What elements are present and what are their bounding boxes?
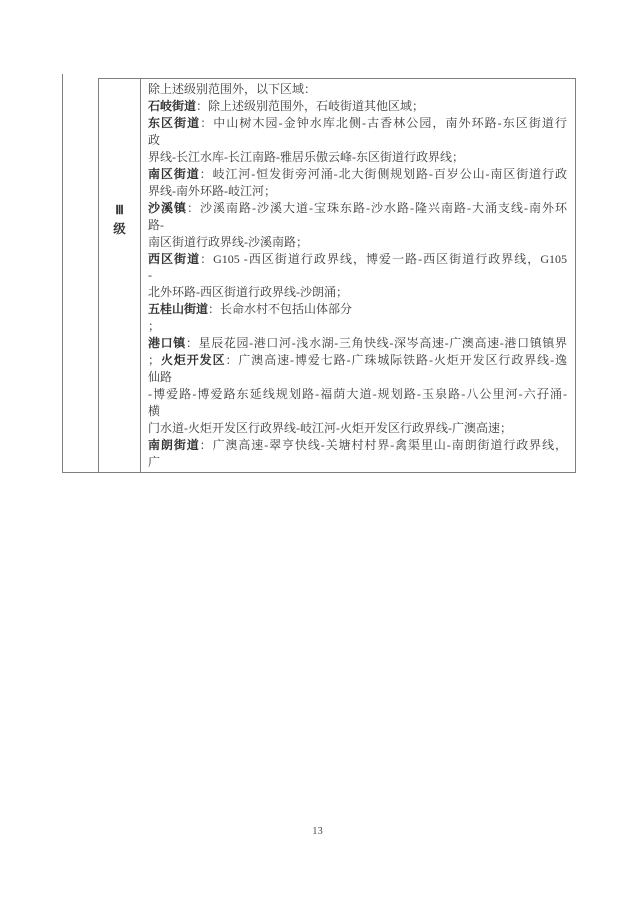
text-line: 石岐街道：除上述级别范围外，石岐街道其他区域； — [148, 98, 567, 115]
district-boundary-text: ； — [148, 353, 160, 367]
text-line: 路- — [148, 217, 567, 234]
text-line: ； — [148, 318, 567, 335]
district-label: 火炬开发区 — [160, 353, 225, 367]
text-line: 北外环路-西区街道行政界线-沙朗涌； — [148, 284, 567, 301]
table-border-col1-right — [98, 78, 99, 472]
table-border-top — [98, 78, 575, 79]
text-line: 政 — [148, 132, 567, 149]
district-boundary-text: -博爱路-博爱路东延线规划路-福荫大道-规划路-玉泉路-八公里河-六孖涌- — [148, 387, 567, 401]
text-line: 东区街道：中山树木园-金钟水库北侧-古香林公园，南外环路-东区街道行 — [148, 115, 567, 132]
text-line: 界线-长江水库-长江南路-雅居乐傲云峰-东区街道行政界线； — [148, 149, 567, 166]
district-boundary-text: 北外环路-西区街道行政界线-沙朗涌； — [148, 285, 348, 299]
text-line: 港口镇：星辰花园-港口河-浅水湖-三角快线-深岑高速-广澳高速-港口镇镇界 — [148, 335, 567, 352]
district-label: 五桂山街道 — [148, 302, 208, 316]
district-boundary-text: ：沙溪南路-沙溪大道-宝珠东路-沙水路-隆兴南路-大涌支线-南外环 — [187, 201, 567, 215]
district-boundary-text: ：除上述级别范围外，石岐街道其他区域； — [196, 99, 424, 113]
district-boundary-text: ：广澳高速-翠亨快线-关塘村村界-禽渠里山-南朗街道行政界线， — [200, 438, 567, 452]
table-border-col2-right — [140, 78, 141, 472]
district-boundary-text: 广 — [148, 455, 160, 469]
text-line: -博爱路-博爱路东延线规划路-福荫大道-规划路-玉泉路-八公里河-六孖涌- — [148, 386, 567, 403]
text-line: 南区街道行政界线-沙溪南路； — [148, 234, 567, 251]
district-label: 南区街道 — [148, 167, 200, 181]
district-boundary-text: 政 — [148, 133, 160, 147]
level-label-char: 级 — [99, 220, 140, 239]
text-line: 南区街道：岐江河-恒发街旁河涌-北大街侧规划路-百岁公山-南区街道行政 — [148, 166, 567, 183]
district-boundary-text: 除上述级别范围外，以下区域： — [148, 82, 316, 96]
page-number: 13 — [0, 826, 635, 837]
text-line: 横 — [148, 403, 567, 420]
district-label: 东区街道 — [148, 116, 200, 130]
level-label-numeral: Ⅲ — [99, 201, 140, 220]
district-label: 港口镇 — [148, 336, 186, 350]
district-label: 石岐街道 — [148, 99, 196, 113]
district-label: 南朗街道 — [148, 438, 200, 452]
text-line: 广 — [148, 454, 567, 471]
district-boundary-text: - — [148, 268, 152, 282]
table-border-right — [575, 78, 576, 472]
level-label-cell: Ⅲ 级 — [99, 201, 140, 239]
district-boundary-text: ：广澳高速-博爱七路-广珠城际铁路-火炬开发区行政界线-逸 — [225, 353, 567, 367]
district-boundary-text: 路- — [148, 218, 164, 232]
district-boundary-text: 南区街道行政界线-沙溪南路； — [148, 235, 308, 249]
text-line: 西区街道：G105 -西区街道行政界线，博爱一路-西区街道行政界线，G105 — [148, 251, 567, 268]
district-boundary-text: ：长命水村不包括山体部分 — [208, 302, 352, 316]
text-line: 南朗街道：广澳高速-翠亨快线-关塘村村界-禽渠里山-南朗街道行政界线， — [148, 437, 567, 454]
district-boundary-text: ：星辰花园-港口河-浅水湖-三角快线-深岑高速-广澳高速-港口镇镇界 — [186, 336, 567, 350]
table-border-left — [62, 74, 63, 472]
district-boundary-text: ：中山树木园-金钟水库北侧-古香林公园，南外环路-东区街道行 — [200, 116, 567, 130]
district-boundary-text: ； — [148, 319, 160, 333]
district-boundary-text: ：岐江河-恒发街旁河涌-北大街侧规划路-百岁公山-南区街道行政 — [200, 167, 567, 181]
text-line: 门水道-火炬开发区行政界线-岐江河-火炬开发区行政界线-广澳高速； — [148, 420, 567, 437]
text-line: 仙路 — [148, 369, 567, 386]
text-line: ；火炬开发区：广澳高速-博爱七路-广珠城际铁路-火炬开发区行政界线-逸 — [148, 352, 567, 369]
text-line: 五桂山街道：长命水村不包括山体部分 — [148, 301, 567, 318]
district-label: 西区街道 — [148, 252, 200, 266]
district-label: 沙溪镇 — [148, 201, 187, 215]
district-boundary-text: 界线-南外环路-岐江河； — [148, 184, 276, 198]
district-boundary-text: 仙路 — [148, 370, 172, 384]
text-line: 界线-南外环路-岐江河； — [148, 183, 567, 200]
district-boundary-text: 门水道-火炬开发区行政界线-岐江河-火炬开发区行政界线-广澳高速； — [148, 421, 512, 435]
region-description-cell: 除上述级别范围外，以下区域：石岐街道：除上述级别范围外，石岐街道其他区域；东区街… — [148, 81, 567, 471]
district-boundary-text: ：G105 -西区街道行政界线，博爱一路-西区街道行政界线，G105 — [200, 252, 567, 266]
table-border-bottom — [62, 472, 576, 473]
text-line: 除上述级别范围外，以下区域： — [148, 81, 567, 98]
district-boundary-text: 界线-长江水库-长江南路-雅居乐傲云峰-东区街道行政界线； — [148, 150, 464, 164]
district-boundary-text: 横 — [148, 404, 160, 418]
text-line: 沙溪镇：沙溪南路-沙溪大道-宝珠东路-沙水路-隆兴南路-大涌支线-南外环 — [148, 200, 567, 217]
text-line: - — [148, 267, 567, 284]
